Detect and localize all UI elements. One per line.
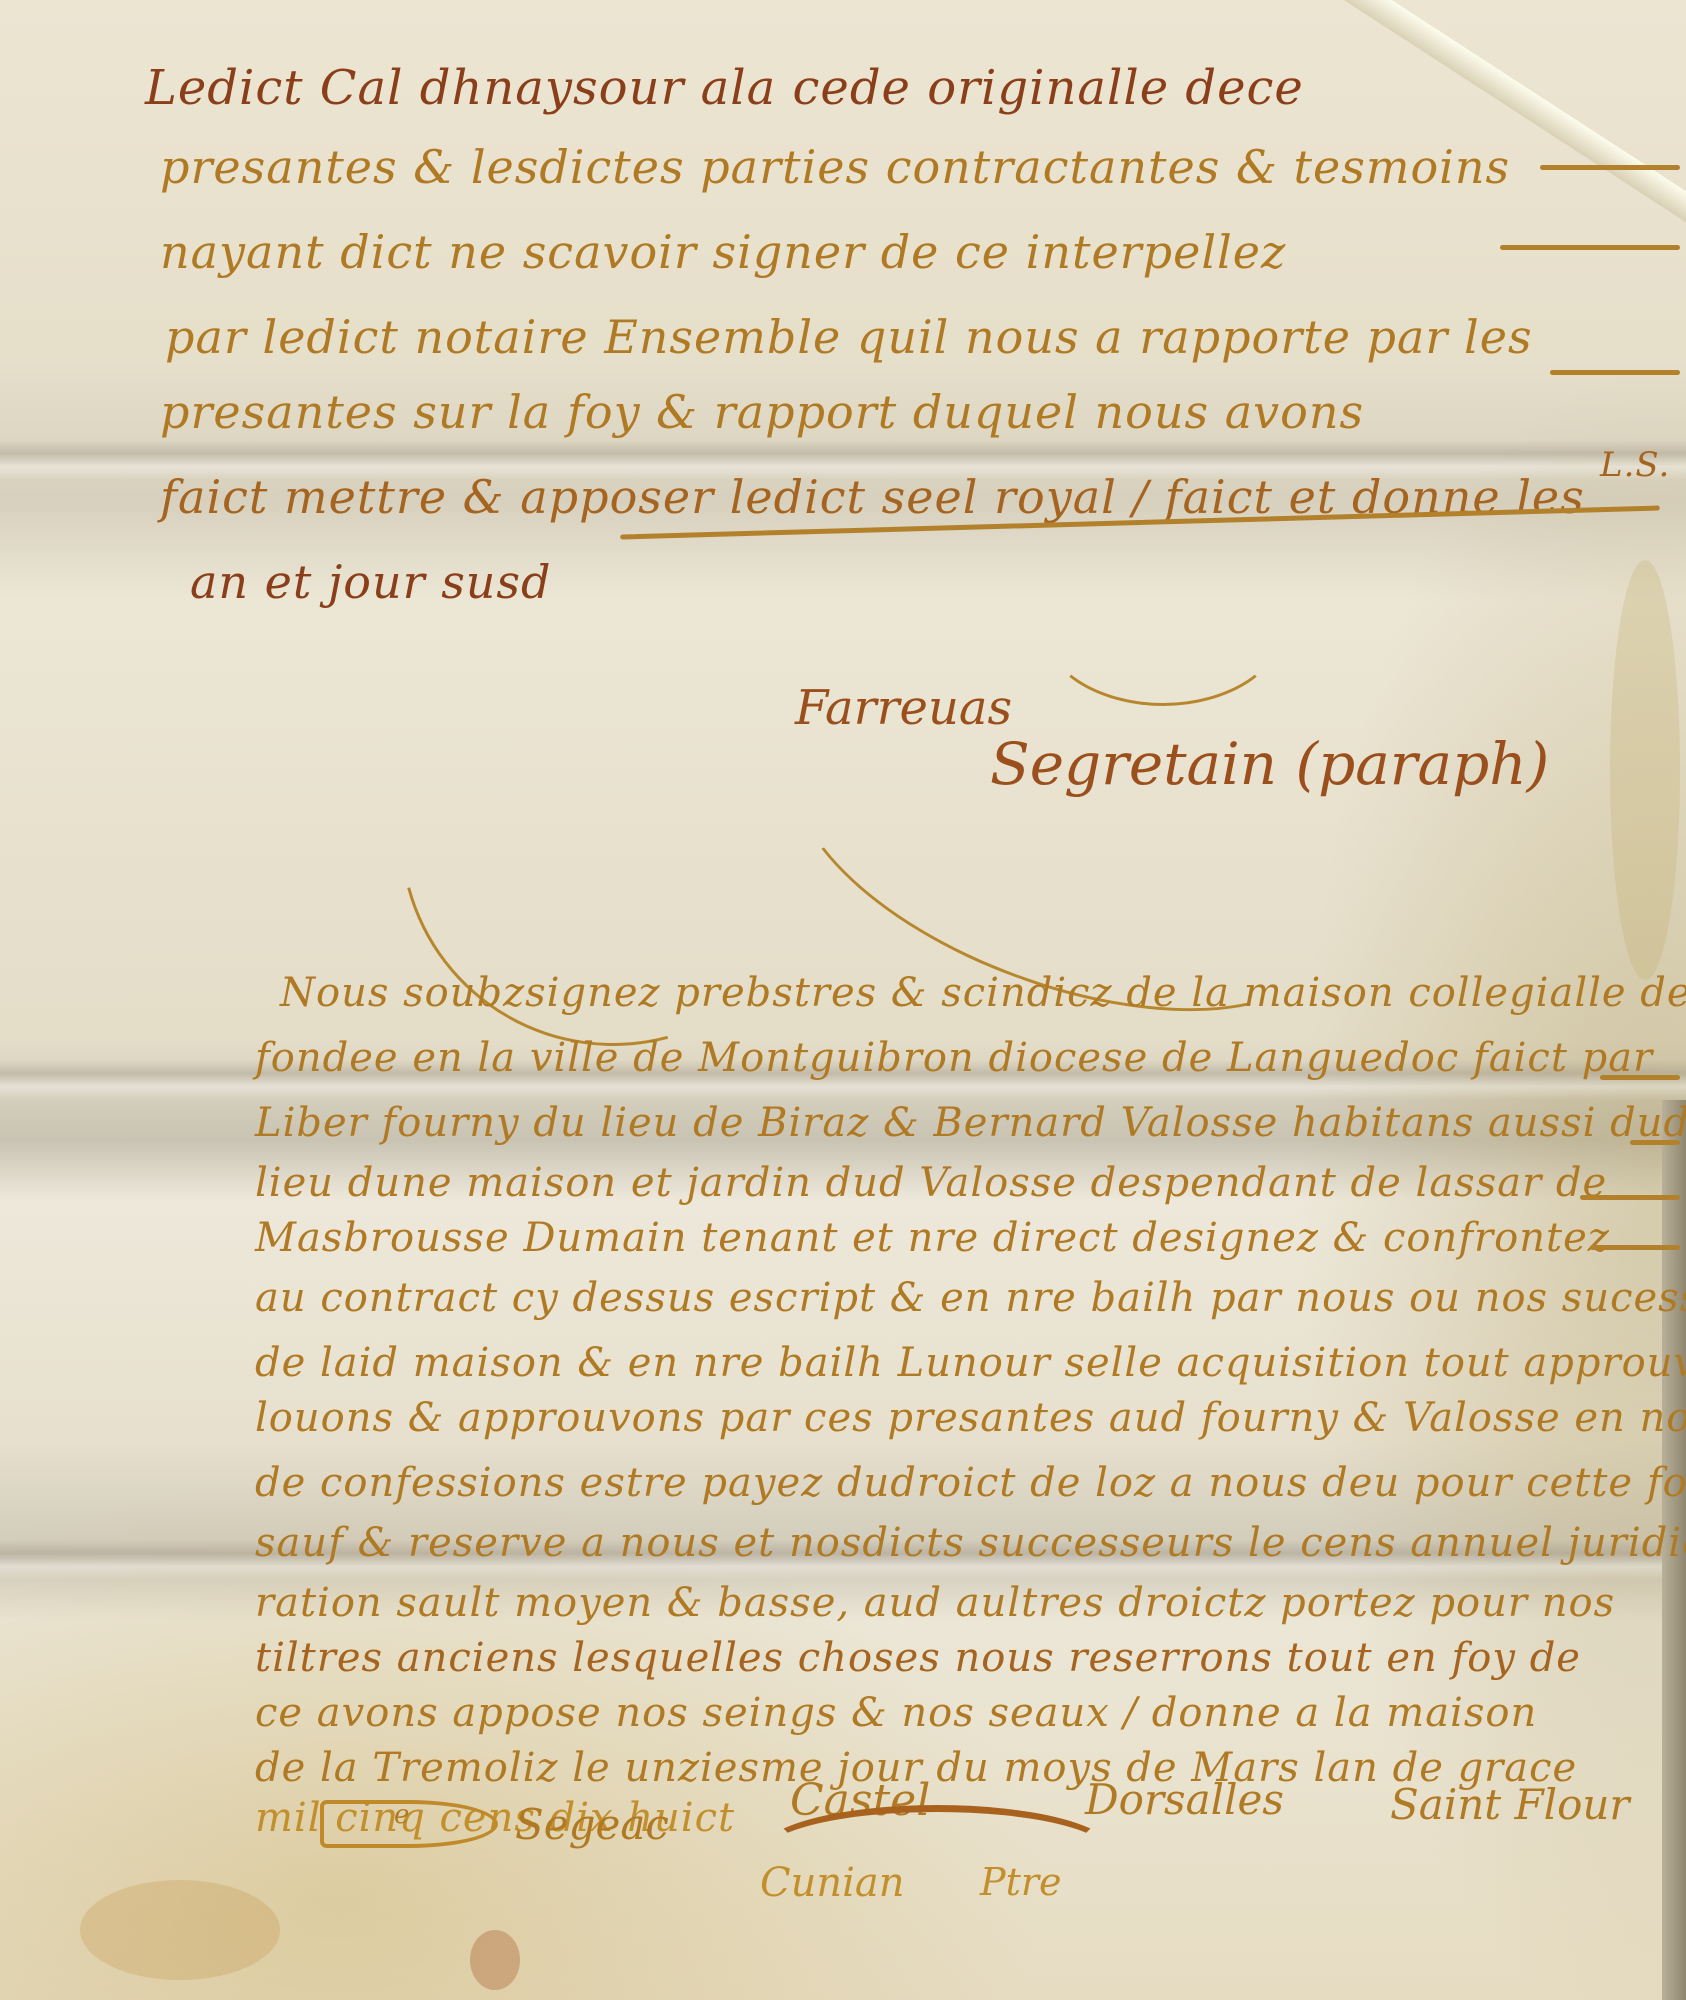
signature-farreuas: Farreuas <box>795 680 1012 736</box>
signature-segeac: Segeac <box>515 1800 669 1849</box>
text-line: de confessions estre payez dudroict de l… <box>255 1460 1686 1506</box>
text-line: presantes sur la foy & rapport duquel no… <box>160 385 1364 439</box>
text-line: nayant dict ne scavoir signer de ce inte… <box>160 225 1286 279</box>
signature-segretain: Segretain (paraph) <box>990 730 1549 798</box>
line-filler-stroke <box>1580 1195 1680 1200</box>
signature-flourish <box>1040 540 1286 706</box>
line-filler-stroke <box>1590 1245 1680 1250</box>
text-line: de laid maison & en nre bailh Lunour sel… <box>255 1340 1686 1386</box>
text-line: ce avons appose nos seings & nos seaux /… <box>255 1690 1537 1736</box>
line-filler-stroke <box>1550 370 1680 375</box>
water-stain <box>80 1880 280 1980</box>
text-line: tiltres anciens lesquelles choses nous r… <box>255 1635 1581 1681</box>
text-line: presantes & lesdictes parties contractan… <box>160 140 1510 194</box>
notary-mark-letter: e <box>394 1800 409 1830</box>
manuscript-page: Ledict Cal dhnaysour ala cede originalle… <box>0 0 1686 2000</box>
signature-dorsalles: Dorsalles <box>1085 1775 1284 1824</box>
text-line: Ledict Cal dhnaysour ala cede originalle… <box>145 60 1304 116</box>
text-line: Masbrousse Dumain tenant et nre direct d… <box>255 1215 1610 1261</box>
line-filler-stroke <box>1600 1075 1680 1080</box>
text-line: an et jour susd <box>190 555 551 609</box>
text-line: Liber fourny du lieu de Biraz & Bernard … <box>255 1100 1686 1146</box>
signature-saint-flour: Saint Flour <box>1390 1780 1630 1829</box>
text-line: sauf & reserve a nous et nosdicts succes… <box>255 1520 1686 1566</box>
margin-note-ls: L.S. <box>1600 445 1670 485</box>
text-line: au contract cy dessus escript & en nre b… <box>255 1275 1686 1321</box>
line-filler-stroke <box>1500 245 1680 250</box>
ink-stain <box>470 1930 520 1990</box>
text-line: par ledict notaire Ensemble quil nous a … <box>165 310 1533 364</box>
text-line: Nous soubzsignez prebstres & scindicz de… <box>280 970 1686 1016</box>
notary-pointing-mark: e <box>320 1800 498 1848</box>
line-filler-stroke <box>1540 165 1680 170</box>
text-line: lieu dune maison et jardin dud Valosse d… <box>255 1160 1607 1206</box>
text-line: ration sault moyen & basse, aud aultres … <box>255 1580 1615 1626</box>
text-line: fondee en la ville de Montguibron dioces… <box>255 1035 1653 1081</box>
corner-fold <box>1316 0 1686 265</box>
text-line: louons & approuvons par ces presantes au… <box>255 1395 1686 1441</box>
line-filler-stroke <box>1630 1140 1680 1145</box>
water-stain <box>1610 560 1680 980</box>
signature-flourish <box>760 1805 1114 1899</box>
